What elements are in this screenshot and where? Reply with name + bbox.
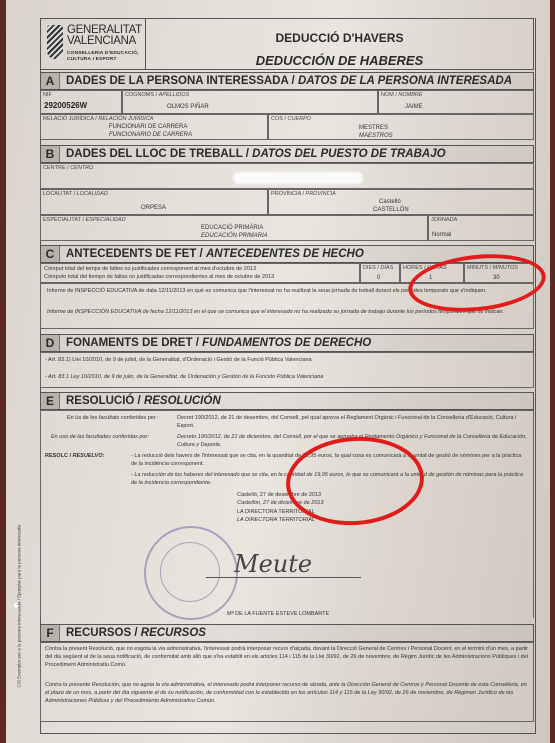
section-letter: F — [41, 625, 60, 641]
left-margin-note: CIS Exemplar per a la persona interessad… — [17, 518, 22, 688]
document-paper: CIS Exemplar per a la persona interessad… — [6, 0, 550, 743]
relation-es: FUNCIONARIO DE CARRERA — [109, 132, 192, 138]
section-letter: D — [41, 335, 60, 351]
crest-icon — [47, 25, 63, 59]
locality-field: LOCALITAT / LOCALIDAD ORPESA — [40, 189, 268, 215]
signature: Meute — [234, 550, 312, 578]
nif-field: NIF 29200526W — [40, 90, 122, 114]
org-name-line2: VALENCIANA — [67, 36, 142, 47]
days-value: 0 — [377, 275, 380, 281]
section-d-header: D FONAMENTS DE DRET / FUNDAMENTOS DE DER… — [40, 334, 534, 352]
schedule-field: JORNADA Normal — [428, 215, 534, 241]
days-field: DIES / DÍAS 0 — [360, 263, 400, 283]
section-letter: C — [41, 246, 60, 262]
section-title-es: RECURSOS — [141, 627, 206, 639]
appeals-text: Contra la present Resolució, que no esgo… — [40, 642, 534, 722]
section-title-ca: FONAMENTS DE DRET / — [66, 337, 202, 349]
locality-value: ORPESA — [141, 205, 166, 211]
section-title-es: RESOLUCIÓN — [144, 395, 221, 407]
relation-field: RELACIÓ JURÍDICA / RELACIÓN JURÍDICA FUN… — [40, 114, 268, 140]
section-letter: A — [41, 73, 60, 89]
section-title-ca: RECURSOS / — [66, 627, 141, 639]
section-a-header: A DADES DE LA PERSONA INTERESSADA / DATO… — [40, 72, 534, 90]
surname-value: OLMOS PIÑAR — [167, 104, 209, 110]
section-letter: E — [41, 393, 60, 409]
signer-name: Mª DE LA FUENTE ESTEVE LOMBARTE — [227, 610, 329, 618]
section-title-ca: DADES DEL LLOC DE TREBALL / — [66, 148, 252, 160]
signature-line — [206, 577, 361, 578]
section-title-ca: DADES DE LA PERSONA INTERESSADA / — [66, 75, 298, 87]
name-value: JAIME — [405, 104, 423, 110]
generalitat-logo: GENERALITAT VALENCIANA CONSELLERIA D'EDU… — [41, 19, 146, 69]
nif-value: 29200526W — [44, 101, 87, 110]
province-ca: Castelló — [379, 199, 401, 205]
section-title-es: FUNDAMENTOS DE DERECHO — [202, 337, 371, 349]
legal-basis: - Art. 83.1) Llei 10/2010, de 9 de julio… — [40, 352, 534, 388]
section-title-ca: RESOLUCIÓ / — [66, 395, 144, 407]
relation-ca: FUNCIONARI DE CARRERA — [109, 124, 187, 130]
section-title-ca: ANTECEDENTS DE FET / — [66, 248, 206, 260]
speciality-field: ESPECIALITAT / ESPECIALIDAD EDUCACIÓ PRI… — [40, 215, 428, 241]
official-stamp — [144, 526, 238, 620]
document-header: GENERALITAT VALENCIANA CONSELLERIA D'EDU… — [40, 18, 534, 70]
surname-field: COGNOMS / APELLIDOS OLMOS PIÑAR — [122, 90, 378, 114]
signer-role-es: LA DIRECTORA TERRITORIAL — [237, 516, 315, 524]
body-field: COS / CUERPO MESTRES MAESTROS — [268, 114, 534, 140]
schedule-value: Normal — [432, 232, 451, 238]
body-es: MAESTROS — [359, 133, 393, 139]
province-es: CASTELLÓN — [373, 207, 409, 213]
section-title-es: ANTECEDENTES DE HECHO — [206, 248, 364, 260]
section-e-header: E RESOLUCIÓ / RESOLUCIÓN — [40, 392, 534, 410]
section-f-header: F RECURSOS / RECURSOS — [40, 624, 534, 642]
dept-line2: CULTURA I ESPORT — [67, 57, 139, 63]
body-ca: MESTRES — [359, 125, 388, 131]
section-title-es: DATOS DE LA PERSONA INTERESADA — [298, 75, 512, 87]
absence-count-label: Còmput total del temps de faltes no just… — [40, 263, 360, 283]
redacted-centre — [233, 172, 363, 184]
title-ca: DEDUCCIÓ D'HAVERS — [146, 31, 533, 45]
province-field: PROVÍNCIA / PROVINCIA Castelló CASTELLÓN — [268, 189, 534, 215]
document-title: DEDUCCIÓ D'HAVERS DEDUCCIÓN DE HABERES — [146, 19, 533, 69]
title-es: DEDUCCIÓN DE HABERES — [146, 53, 533, 68]
section-b-header: B DADES DEL LLOC DE TREBALL / DATOS DEL … — [40, 145, 534, 163]
section-letter: B — [41, 146, 60, 162]
name-field: NOM / NOMBRE JAIME — [378, 90, 534, 114]
speciality-ca: EDUCACIÓ PRIMÀRIA — [201, 225, 263, 231]
section-title-es: DATOS DEL PUESTO DE TRABAJO — [252, 148, 445, 160]
resolution-body: En ús de les facultats conferides per : … — [40, 410, 534, 618]
speciality-es: EDUCACIÓN PRIMARIA — [201, 233, 268, 239]
